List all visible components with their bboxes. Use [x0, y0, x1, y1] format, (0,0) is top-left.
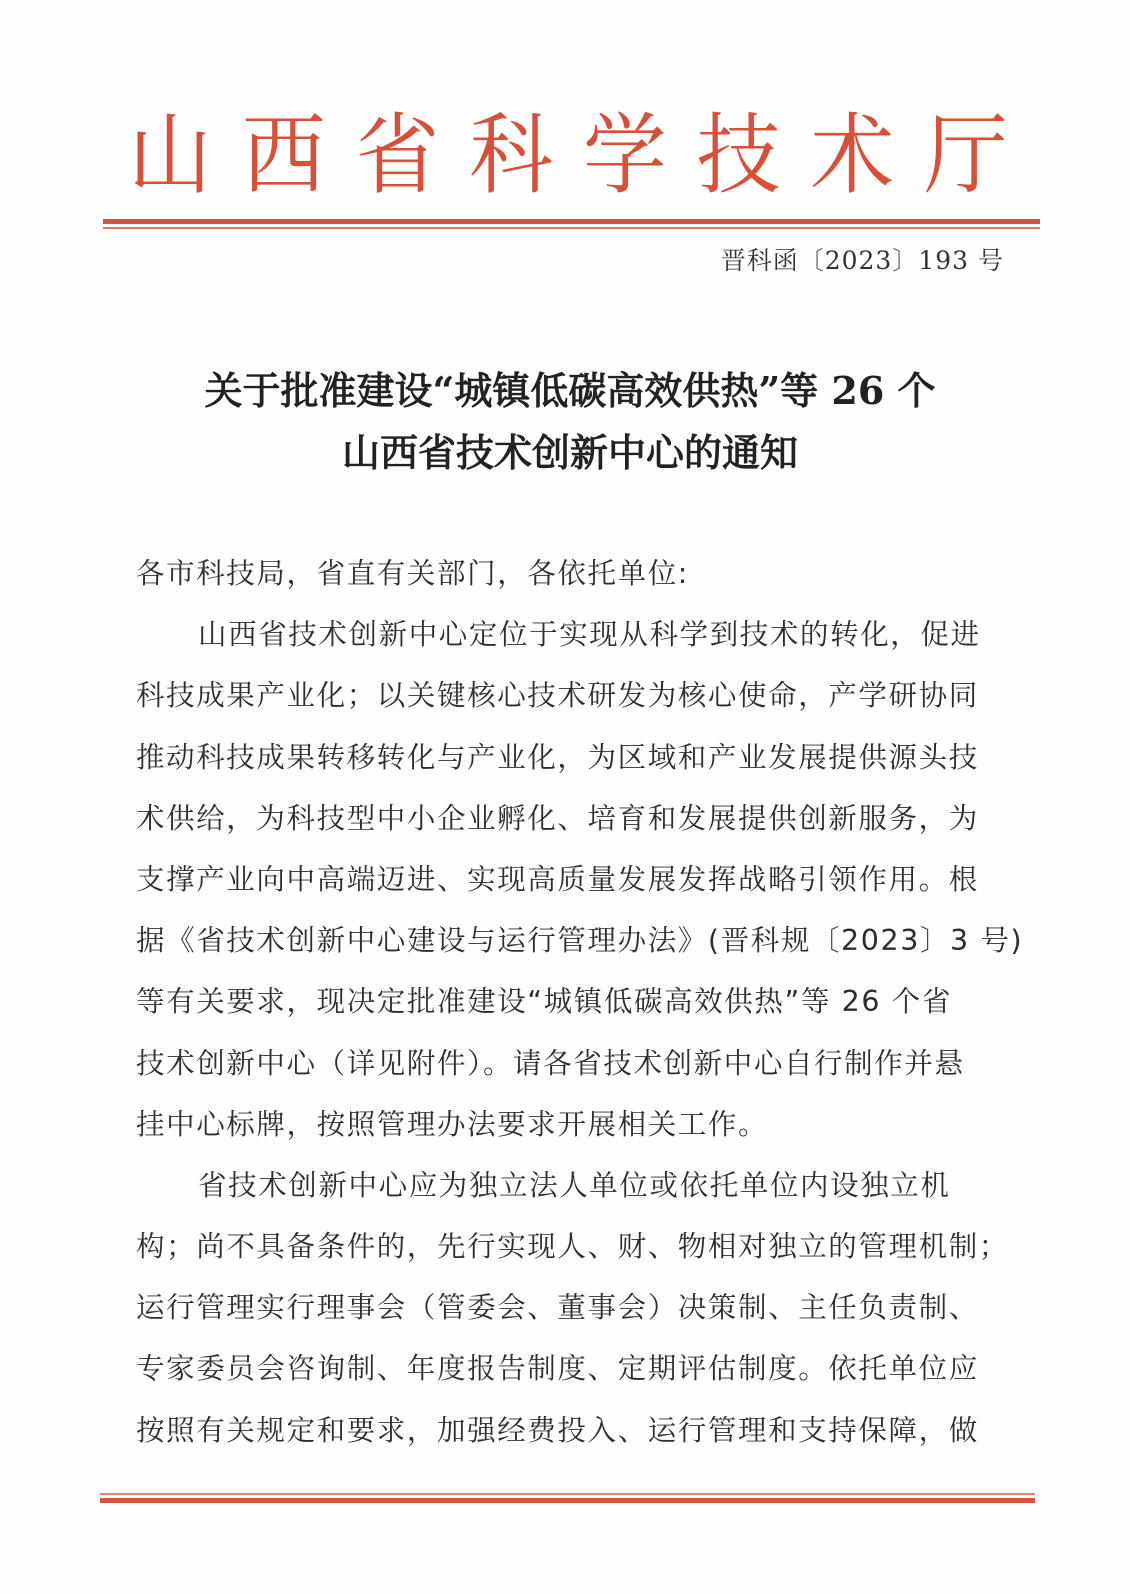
footer-rule-thin [100, 1493, 1035, 1495]
body-line: 等有关要求，现决定批准建设“城镇低碳高效供热”等 26 个省 [136, 971, 1006, 1032]
body-line: 科技成果产业化；以关键核心技术研发为核心使命，产学研协同 [136, 665, 1006, 726]
body-line: 按照有关规定和要求，加强经费投入、运行管理和支持保障，做 [136, 1400, 1006, 1461]
letterhead-char: 术 [810, 103, 894, 208]
document-body: 各市科技局，省直有关部门，各依托单位: 山西省技术创新中心定位于实现从科学到技术… [136, 543, 1006, 1461]
letterhead-char: 西 [242, 103, 326, 208]
body-line: 术供给，为科技型中小企业孵化、培育和发展提供创新服务，为 [136, 788, 1006, 849]
document-page: 山 西 省 科 学 技 术 厅 晋科函〔2023〕193 号 关于批准建设“城镇… [0, 0, 1130, 1594]
body-line: 支撑产业向中高端迈进、实现高质量发展发挥战略引领作用。根 [136, 849, 1006, 910]
body-line: 挂中心标牌，按照管理办法要求开展相关工作。 [136, 1094, 1006, 1155]
document-number: 晋科函〔2023〕193 号 [721, 244, 1004, 278]
letterhead-char: 学 [583, 103, 667, 208]
title-line-2: 山西省技术创新中心的通知 [140, 422, 1000, 484]
salutation: 各市科技局，省直有关部门，各依托单位: [136, 543, 1006, 604]
letterhead-rule-thin [103, 227, 1040, 229]
body-line: 技术创新中心（详见附件）。请各省技术创新中心自行制作并悬 [136, 1033, 1006, 1094]
body-line: 据《省技术创新中心建设与运行管理办法》(晋科规〔2023〕3 号) [136, 910, 1006, 971]
letterhead-char: 厅 [924, 103, 1008, 208]
footer-rule-thick [100, 1498, 1035, 1503]
letterhead-rule-thick [103, 219, 1040, 224]
letterhead-char: 省 [355, 103, 439, 208]
body-line: 推动科技成果转移转化与产业化，为区域和产业发展提供源头技 [136, 727, 1006, 788]
letterhead-char: 技 [697, 103, 781, 208]
letterhead-char: 科 [469, 103, 553, 208]
body-line: 专家委员会咨询制、年度报告制度、定期评估制度。依托单位应 [136, 1338, 1006, 1399]
title-line-1: 关于批准建设“城镇低碳高效供热”等 26 个 [140, 360, 1000, 422]
letterhead: 山 西 省 科 学 技 术 厅 [128, 100, 1008, 210]
body-line: 构；尚不具备条件的，先行实现人、财、物相对独立的管理机制； [136, 1216, 1006, 1277]
letterhead-char: 山 [128, 103, 212, 208]
body-line: 运行管理实行理事会（管委会、董事会）决策制、主任负责制、 [136, 1277, 1006, 1338]
document-title: 关于批准建设“城镇低碳高效供热”等 26 个 山西省技术创新中心的通知 [140, 360, 1000, 484]
body-line: 山西省技术创新中心定位于实现从科学到技术的转化，促进 [136, 604, 1006, 665]
body-line: 省技术创新中心应为独立法人单位或依托单位内设独立机 [136, 1155, 1006, 1216]
